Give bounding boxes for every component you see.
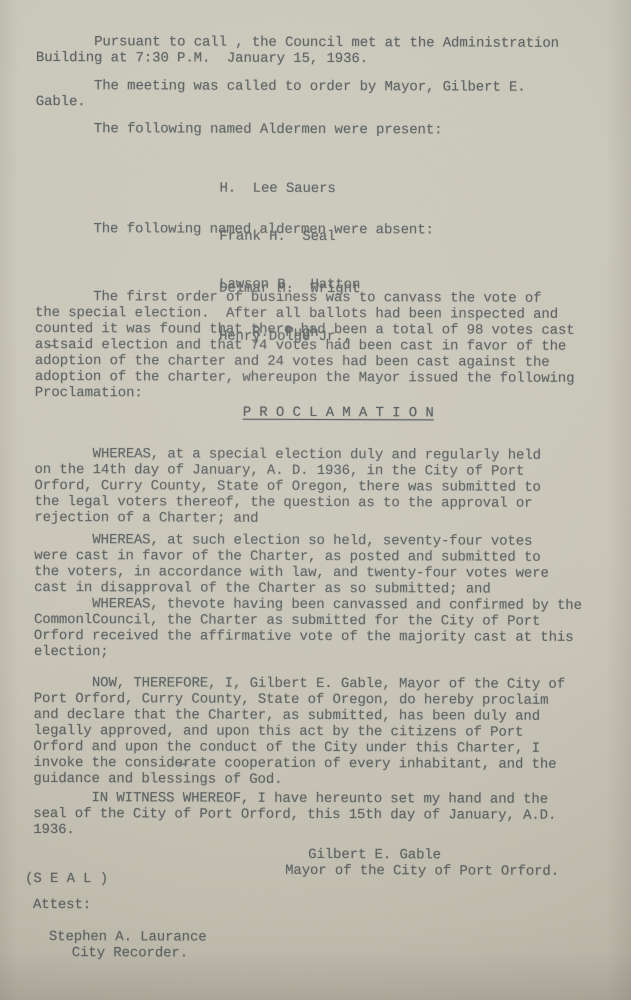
paragraph-call-to-meeting: Pursuant to call , the Council met at th…: [36, 34, 559, 68]
paragraph-canvass-results: The first order of business was to canva…: [35, 289, 575, 403]
paragraph-whereas-votes: WHEREAS, at such election so held, seven…: [34, 532, 549, 598]
page-content: Pursuant to call , the Council met at th…: [0, 0, 631, 1000]
signature-title: Mayor of the City of Port Orford.: [285, 863, 559, 880]
line-aldermen-present-intro: The following named Aldermen were presen…: [36, 121, 443, 138]
proclamation-heading: P R O C L A M A T I O N: [243, 405, 434, 422]
paragraph-whereas-election: WHEREAS, at a special election duly and …: [34, 446, 541, 528]
signature-name: Gilbert E. Gable: [308, 847, 441, 863]
paragraph-called-to-order: The meeting was called to order by Mayor…: [36, 78, 526, 112]
document-page: Pursuant to call , the Council met at th…: [0, 0, 631, 1000]
paragraph-in-witness: IN WITNESS WHEREOF, I have hereunto set …: [33, 790, 556, 840]
list-item-alderman: H. Lee Sauers: [219, 181, 360, 197]
paragraph-now-therefore: NOW, THEREFORE, I, Gilbert E. Gable, May…: [33, 675, 565, 789]
attest-label: Attest:: [33, 897, 91, 913]
paragraph-whereas-canvassed: WHEREAS, thevote having been canvassed a…: [34, 596, 582, 662]
seal-note: (S E A L ): [25, 871, 108, 887]
recorder-name: Stephen A. Laurance: [49, 929, 207, 946]
line-aldermen-absent-intro: The following named aldermen were absent…: [35, 221, 434, 238]
recorder-title: City Recorder.: [72, 945, 188, 961]
